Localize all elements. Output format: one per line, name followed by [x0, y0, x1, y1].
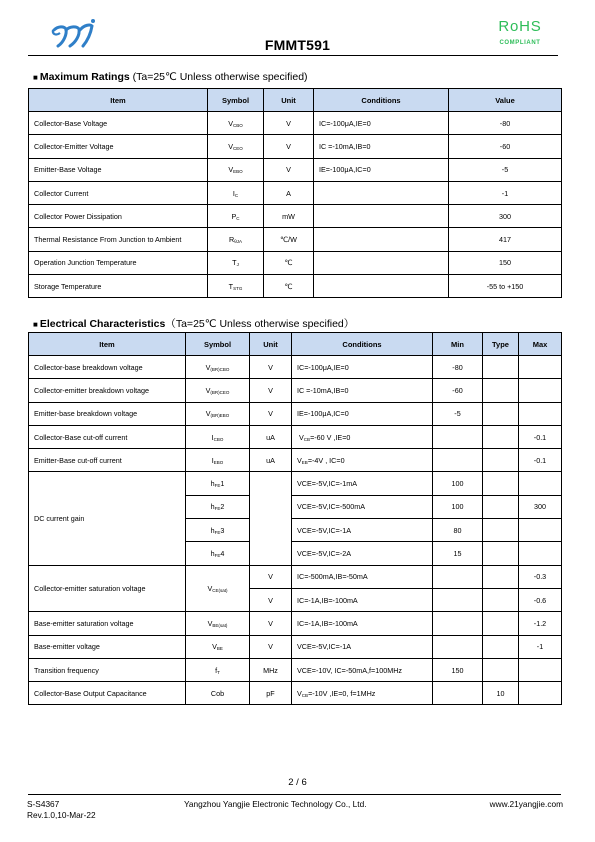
column-header: Min — [433, 333, 483, 356]
max-cell — [519, 658, 562, 681]
table-row: Collector CurrentICA-1 — [29, 181, 562, 204]
revision: Rev.1.0,10-Mar-22 — [27, 810, 96, 821]
max-cell: -0.1 — [519, 425, 562, 448]
type-cell — [483, 612, 519, 635]
item-cell: Base-emitter saturation voltage — [29, 612, 186, 635]
footer-divider — [28, 794, 561, 795]
symbol-cell: VEBO — [208, 158, 264, 181]
item-cell: Base-emitter voltage — [29, 635, 186, 658]
table-row: Collector-base breakdown voltage V(BR)CB… — [29, 356, 562, 379]
min-cell: -80 — [433, 356, 483, 379]
item-cell: Collector Current — [29, 181, 208, 204]
symbol-cell: VCE(sat) — [186, 565, 250, 612]
type-cell — [483, 588, 519, 611]
header-divider — [28, 55, 558, 56]
symbol-cell: Cob — [186, 682, 250, 705]
max-cell: -1 — [519, 635, 562, 658]
type-cell — [483, 635, 519, 658]
conditions-cell: IE=-100μA,IC=0 — [292, 402, 433, 425]
item-cell: Collector-emitter saturation voltage — [29, 565, 186, 612]
unit-cell: uA — [250, 449, 292, 472]
conditions-cell: VCE=-5V,IC=-1A — [292, 635, 433, 658]
type-cell — [483, 658, 519, 681]
page-number: 2 / 6 — [0, 777, 595, 788]
symbol-cell: VBE(sat) — [186, 612, 250, 635]
unit-cell: pF — [250, 682, 292, 705]
item-cell: Collector Power Dissipation — [29, 205, 208, 228]
table-row: Emitter-base breakdown voltage V(BR)EBO … — [29, 402, 562, 425]
symbol-cell: V(BR)CBO — [186, 356, 250, 379]
item-cell: Emitter-Base cut-off current — [29, 449, 186, 472]
item-cell: Collector-Base Voltage — [29, 112, 208, 135]
unit-cell: V — [250, 612, 292, 635]
type-cell — [483, 425, 519, 448]
unit-cell: V — [250, 565, 292, 588]
unit-cell — [250, 472, 292, 565]
symbol-cell: RθJA — [208, 228, 264, 251]
value-cell: -55 to +150 — [449, 275, 562, 298]
type-cell — [483, 519, 519, 542]
column-header: Symbol — [186, 333, 250, 356]
max-cell — [519, 682, 562, 705]
min-cell: -5 — [433, 402, 483, 425]
company-name: Yangzhou Yangjie Electronic Technology C… — [184, 799, 367, 809]
conditions-cell: IC=-1A,IB=-100mA — [292, 612, 433, 635]
column-header: Value — [449, 89, 562, 112]
conditions-cell: VEB=-4V , IC=0 — [292, 449, 433, 472]
column-header: Conditions — [314, 89, 449, 112]
symbol-cell: TSTG — [208, 275, 264, 298]
unit-cell: ℃ — [264, 251, 314, 274]
min-cell: 100 — [433, 472, 483, 495]
table-row: Emitter-Base cut-off current IEBO uA VEB… — [29, 449, 562, 472]
max-cell: -1.2 — [519, 612, 562, 635]
max-cell: 300 — [519, 495, 562, 518]
conditions-cell: IC=-1A,IB=-100mA — [292, 588, 433, 611]
rohs-compliant-label: COMPLIANT — [490, 40, 550, 46]
item-cell: Operation Junction Temperature — [29, 251, 208, 274]
conditions-cell: VCE=-10V, IC=-50mA,f=100MHz — [292, 658, 433, 681]
unit-cell: A — [264, 181, 314, 204]
symbol-cell: IEBO — [186, 449, 250, 472]
column-header: Item — [29, 333, 186, 356]
item-cell: Collector-emitter breakdown voltage — [29, 379, 186, 402]
unit-cell: V — [264, 158, 314, 181]
unit-cell: V — [250, 635, 292, 658]
unit-cell: V — [250, 588, 292, 611]
item-cell: Collector-base breakdown voltage — [29, 356, 186, 379]
conditions-cell: VCE=-5V,IC=-1A — [292, 519, 433, 542]
item-cell: Emitter-base breakdown voltage — [29, 402, 186, 425]
symbol-cell: hFE2 — [186, 495, 250, 518]
table-row: Collector-Base Output Capacitance Cob pF… — [29, 682, 562, 705]
max-cell — [519, 356, 562, 379]
max-cell — [519, 519, 562, 542]
conditions-cell — [314, 205, 449, 228]
conditions-cell: IC=-100μA,IE=0 — [292, 356, 433, 379]
symbol-cell: VCBO — [208, 112, 264, 135]
rohs-label: RoHS — [490, 18, 550, 35]
symbol-cell: fT — [186, 658, 250, 681]
unit-cell: ℃ — [264, 275, 314, 298]
column-header: Type — [483, 333, 519, 356]
footer-doc-info: S-S4367 Rev.1.0,10-Mar-22 — [27, 799, 96, 821]
min-cell — [433, 425, 483, 448]
type-cell — [483, 472, 519, 495]
column-header: Max — [519, 333, 562, 356]
type-cell — [483, 356, 519, 379]
table-row: Collector Power DissipationPCmW300 — [29, 205, 562, 228]
unit-cell: V — [250, 379, 292, 402]
symbol-cell: IC — [208, 181, 264, 204]
table-row: Collector-emitter saturation voltage VCE… — [29, 565, 562, 588]
table-row: Collector-emitter breakdown voltage V(BR… — [29, 379, 562, 402]
value-cell: -1 — [449, 181, 562, 204]
unit-cell: uA — [250, 425, 292, 448]
max-cell — [519, 542, 562, 565]
value-cell: 417 — [449, 228, 562, 251]
min-cell — [433, 612, 483, 635]
column-header: Conditions — [292, 333, 433, 356]
min-cell — [433, 565, 483, 588]
table-row: Emitter-Base VoltageVEBOVIE=-100μA,IC=0-… — [29, 158, 562, 181]
table-row: Base-emitter voltage VBE V VCE=-5V,IC=-1… — [29, 635, 562, 658]
symbol-cell: ICBO — [186, 425, 250, 448]
max-cell — [519, 472, 562, 495]
bullet-icon: ■ — [33, 73, 38, 82]
type-cell — [483, 565, 519, 588]
unit-cell: MHz — [250, 658, 292, 681]
symbol-cell: V(BR)CEO — [186, 379, 250, 402]
item-cell: Collector-Emitter Voltage — [29, 135, 208, 158]
symbol-cell: VCEO — [208, 135, 264, 158]
rohs-badge: RoHS COMPLIANT — [490, 18, 550, 46]
unit-cell: V — [264, 135, 314, 158]
electrical-characteristics-table: Item Symbol Unit Conditions Min Type Max… — [28, 332, 562, 705]
min-cell — [433, 588, 483, 611]
conditions-cell — [314, 275, 449, 298]
column-header: Unit — [250, 333, 292, 356]
table-row: Collector-Emitter VoltageVCEOVIC =-10mA,… — [29, 135, 562, 158]
table-row: Storage TemperatureTSTG℃-55 to +150 — [29, 275, 562, 298]
symbol-cell: V(BR)EBO — [186, 402, 250, 425]
conditions-cell: IC =-10mA,IB=0 — [292, 379, 433, 402]
table-row: Transition frequency fT MHz VCE=-10V, IC… — [29, 658, 562, 681]
electrical-characteristics-heading: ■Electrical Characteristics（Ta=25℃ Unles… — [33, 316, 354, 331]
table-row: Base-emitter saturation voltage VBE(sat)… — [29, 612, 562, 635]
conditions-cell: IC=-100μA,IE=0 — [314, 112, 449, 135]
table-row: Collector-Base cut-off current ICBO uA V… — [29, 425, 562, 448]
max-cell: -0.6 — [519, 588, 562, 611]
unit-cell: ℃/W — [264, 228, 314, 251]
table-row: Operation Junction TemperatureTJ℃150 — [29, 251, 562, 274]
conditions-cell: VCE=-5V,IC=-2A — [292, 542, 433, 565]
item-cell: Emitter-Base Voltage — [29, 158, 208, 181]
min-cell: 100 — [433, 495, 483, 518]
symbol-cell: PC — [208, 205, 264, 228]
item-cell: Thermal Resistance From Junction to Ambi… — [29, 228, 208, 251]
website-link[interactable]: www.21yangjie.com — [490, 799, 563, 809]
symbol-cell: hFE1 — [186, 472, 250, 495]
unit-cell: V — [264, 112, 314, 135]
max-cell — [519, 402, 562, 425]
column-header: Symbol — [208, 89, 264, 112]
conditions-cell: IC=-500mA,IB=-50mA — [292, 565, 433, 588]
table-header-row: Item Symbol Unit Conditions Min Type Max — [29, 333, 562, 356]
type-cell — [483, 402, 519, 425]
symbol-cell: TJ — [208, 251, 264, 274]
doc-id: S-S4367 — [27, 799, 96, 810]
column-header: Item — [29, 89, 208, 112]
max-ratings-heading: ■Maximum Ratings (Ta=25℃ Unless otherwis… — [33, 71, 308, 83]
min-cell: 150 — [433, 658, 483, 681]
conditions-cell: VCE=-5V,IC=-500mA — [292, 495, 433, 518]
value-cell: -5 — [449, 158, 562, 181]
type-cell — [483, 495, 519, 518]
item-cell: Collector-Base Output Capacitance — [29, 682, 186, 705]
bullet-icon: ■ — [33, 320, 38, 329]
max-cell: -0.3 — [519, 565, 562, 588]
type-cell: 10 — [483, 682, 519, 705]
type-cell — [483, 542, 519, 565]
column-header: Unit — [264, 89, 314, 112]
conditions-cell — [314, 181, 449, 204]
max-cell: -0.1 — [519, 449, 562, 472]
conditions-cell: IE=-100μA,IC=0 — [314, 158, 449, 181]
unit-cell: V — [250, 402, 292, 425]
item-cell: Collector-Base cut-off current — [29, 425, 186, 448]
type-cell — [483, 449, 519, 472]
item-cell: Storage Temperature — [29, 275, 208, 298]
conditions-cell: VCB=-60 V ,IE=0 — [292, 425, 433, 448]
value-cell: -60 — [449, 135, 562, 158]
conditions-cell — [314, 251, 449, 274]
max-ratings-table: Item Symbol Unit Conditions Value Collec… — [28, 88, 562, 298]
table-header-row: Item Symbol Unit Conditions Value — [29, 89, 562, 112]
min-cell: 15 — [433, 542, 483, 565]
min-cell: 80 — [433, 519, 483, 542]
conditions-cell — [314, 228, 449, 251]
table-row: Thermal Resistance From Junction to Ambi… — [29, 228, 562, 251]
max-cell — [519, 379, 562, 402]
value-cell: 150 — [449, 251, 562, 274]
conditions-cell: VCE=-5V,IC=-1mA — [292, 472, 433, 495]
min-cell — [433, 682, 483, 705]
symbol-cell: VBE — [186, 635, 250, 658]
unit-cell: V — [250, 356, 292, 379]
item-cell: Transition frequency — [29, 658, 186, 681]
table-row: DC current gain hFE1 VCE=-5V,IC=-1mA 100 — [29, 472, 562, 495]
symbol-cell: hFE3 — [186, 519, 250, 542]
item-cell: DC current gain — [29, 472, 186, 565]
value-cell: 300 — [449, 205, 562, 228]
min-cell: -60 — [433, 379, 483, 402]
symbol-cell: hFE4 — [186, 542, 250, 565]
conditions-cell: IC =-10mA,IB=0 — [314, 135, 449, 158]
min-cell — [433, 449, 483, 472]
type-cell — [483, 379, 519, 402]
unit-cell: mW — [264, 205, 314, 228]
value-cell: -80 — [449, 112, 562, 135]
conditions-cell: VCB=-10V ,IE=0, f=1MHz — [292, 682, 433, 705]
table-row: Collector-Base VoltageVCBOVIC=-100μA,IE=… — [29, 112, 562, 135]
min-cell — [433, 635, 483, 658]
